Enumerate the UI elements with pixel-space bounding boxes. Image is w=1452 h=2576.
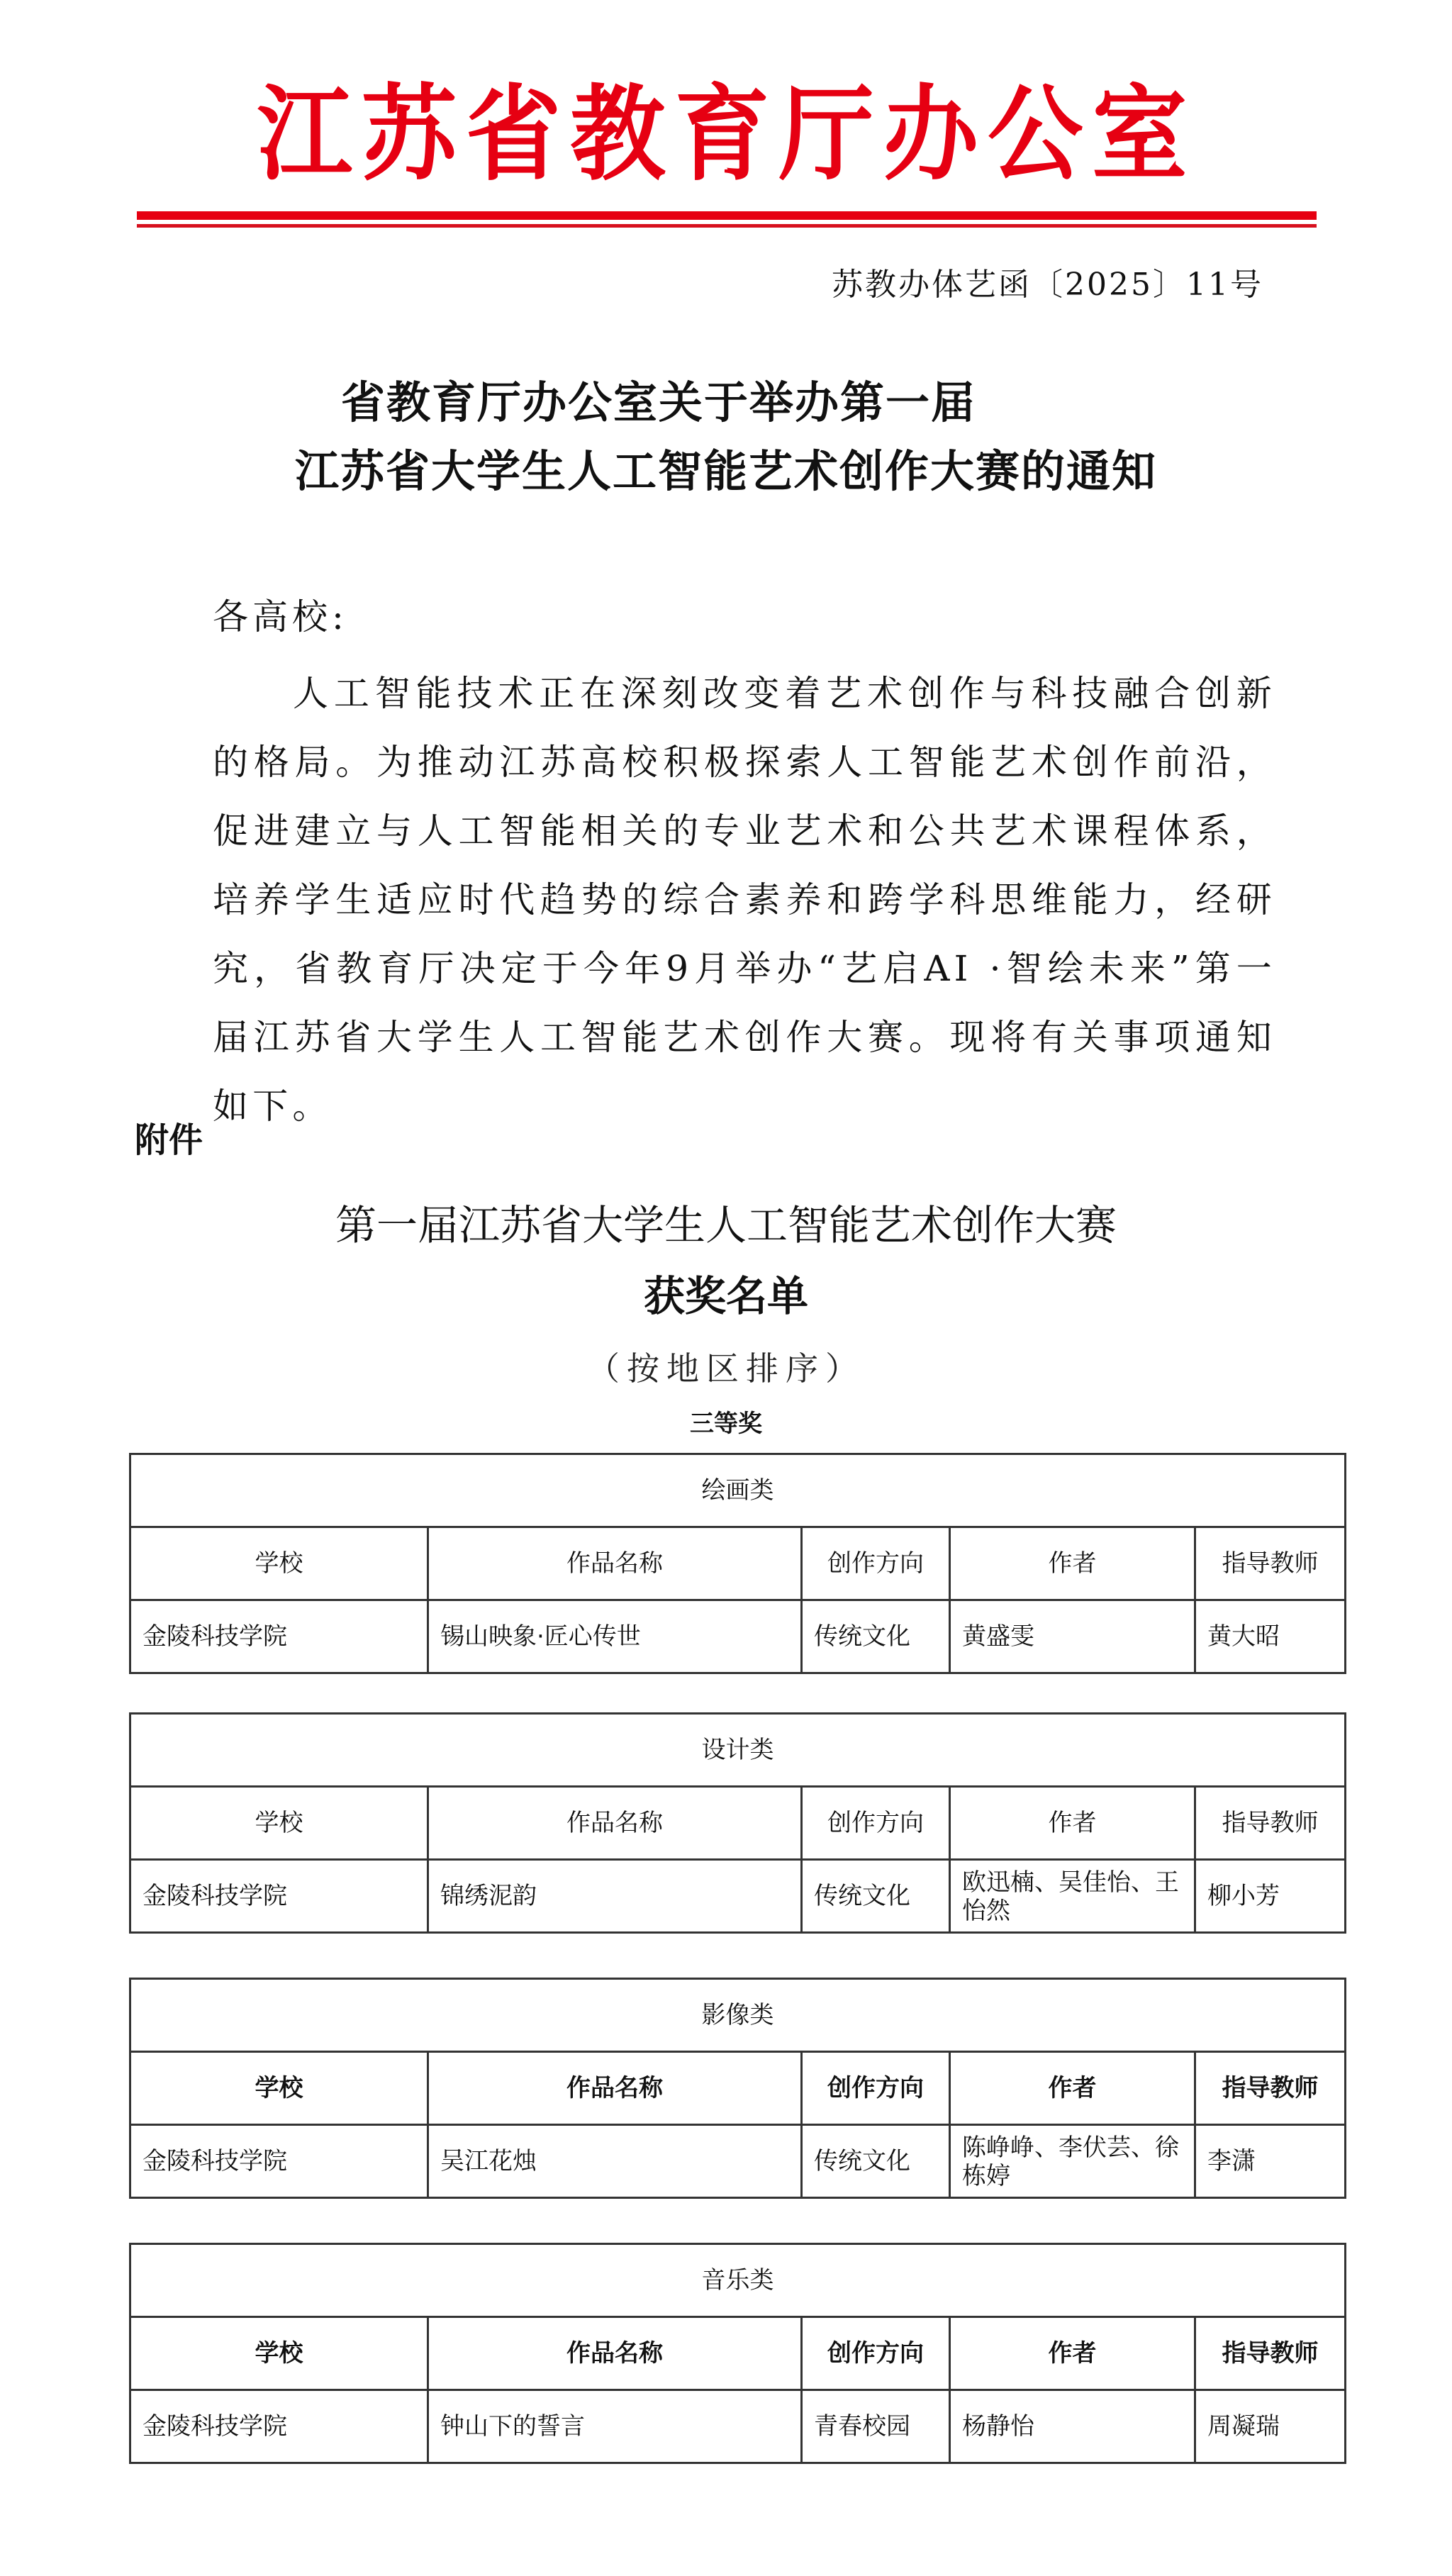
col-direction: 创作方向 — [802, 2052, 950, 2125]
award-table-music: 音乐类 学校 作品名称 创作方向 作者 指导教师 金陵科技学院 钟山下的誓言 青… — [129, 2243, 1346, 2464]
cell-school: 金陵科技学院 — [130, 2390, 428, 2463]
category-header: 设计类 — [130, 1714, 1346, 1787]
cell-work: 吴江花烛 — [428, 2125, 802, 2198]
col-authors: 作者 — [950, 1787, 1195, 1860]
col-direction: 创作方向 — [802, 1527, 950, 1600]
notice-title-line2: 江苏省大学生人工智能艺术创作大赛的通知 — [0, 443, 1452, 500]
cell-direction: 传统文化 — [802, 1860, 950, 1933]
sort-note: （按地区排序） — [0, 1347, 1452, 1390]
cell-school: 金陵科技学院 — [130, 1860, 428, 1933]
award-table-video: 影像类 学校 作品名称 创作方向 作者 指导教师 金陵科技学院 吴江花烛 传统文… — [129, 1978, 1346, 2199]
table-row: 金陵科技学院 吴江花烛 传统文化 陈峥峥、李伏芸、徐栋婷 李潇 — [130, 2125, 1346, 2198]
col-work: 作品名称 — [428, 1527, 802, 1600]
masthead-rule-thin — [137, 224, 1317, 228]
prize-level-heading: 三等奖 — [0, 1407, 1452, 1440]
cell-direction: 传统文化 — [802, 1600, 950, 1673]
cell-direction: 青春校园 — [802, 2390, 950, 2463]
cell-work: 锦绣泥韵 — [428, 1860, 802, 1933]
cell-school: 金陵科技学院 — [130, 1600, 428, 1673]
table-row: 金陵科技学院 锦绣泥韵 传统文化 欧迅楠、吴佳怡、王怡然 柳小芳 — [130, 1860, 1346, 1933]
cell-authors: 陈峥峥、李伏芸、徐栋婷 — [950, 2125, 1195, 2198]
cell-advisor: 黄大昭 — [1195, 1600, 1346, 1673]
category-header: 音乐类 — [130, 2244, 1346, 2317]
attachment-label: 附件 — [135, 1119, 203, 1161]
table-row: 金陵科技学院 钟山下的誓言 青春校园 杨静怡 周凝瑞 — [130, 2390, 1346, 2463]
col-work: 作品名称 — [428, 2052, 802, 2125]
cell-school: 金陵科技学院 — [130, 2125, 428, 2198]
cell-advisor: 柳小芳 — [1195, 1860, 1346, 1933]
masthead-rule-thick — [137, 211, 1317, 220]
column-header-row: 学校 作品名称 创作方向 作者 指导教师 — [130, 2052, 1346, 2125]
category-header: 影像类 — [130, 1979, 1346, 2052]
col-direction: 创作方向 — [802, 2317, 950, 2390]
cell-authors: 黄盛雯 — [950, 1600, 1195, 1673]
col-advisor: 指导教师 — [1195, 1527, 1346, 1600]
col-school: 学校 — [130, 2052, 428, 2125]
col-authors: 作者 — [950, 2052, 1195, 2125]
body-paragraph: 人工智能技术正在深刻改变着艺术创作与科技融合创新的格局。为推动江苏高校积极探索人… — [213, 659, 1276, 1141]
cell-direction: 传统文化 — [802, 2125, 950, 2198]
col-work: 作品名称 — [428, 1787, 802, 1860]
col-work: 作品名称 — [428, 2317, 802, 2390]
col-authors: 作者 — [950, 2317, 1195, 2390]
category-header: 绘画类 — [130, 1454, 1346, 1527]
cell-advisor: 周凝瑞 — [1195, 2390, 1346, 2463]
attachment-title: 第一届江苏省大学生人工智能艺术创作大赛 — [0, 1198, 1452, 1252]
issuer-masthead: 江苏省教育厅办公室 — [184, 78, 1270, 191]
salutation: 各高校: — [213, 592, 348, 642]
column-header-row: 学校 作品名称 创作方向 作者 指导教师 — [130, 1527, 1346, 1600]
table-row: 金陵科技学院 锡山映象·匠心传世 传统文化 黄盛雯 黄大昭 — [130, 1600, 1346, 1673]
col-advisor: 指导教师 — [1195, 2052, 1346, 2125]
cell-work: 钟山下的誓言 — [428, 2390, 802, 2463]
attachment-subtitle: 获奖名单 — [0, 1269, 1452, 1323]
column-header-row: 学校 作品名称 创作方向 作者 指导教师 — [130, 2317, 1346, 2390]
column-header-row: 学校 作品名称 创作方向 作者 指导教师 — [130, 1787, 1346, 1860]
cell-work: 锡山映象·匠心传世 — [428, 1600, 802, 1673]
col-school: 学校 — [130, 1787, 428, 1860]
col-advisor: 指导教师 — [1195, 1787, 1346, 1860]
cell-authors: 杨静怡 — [950, 2390, 1195, 2463]
document-number: 苏教办体艺函〔2025〕11号 — [832, 264, 1263, 306]
col-school: 学校 — [130, 2317, 428, 2390]
cell-advisor: 李潇 — [1195, 2125, 1346, 2198]
award-table-design: 设计类 学校 作品名称 创作方向 作者 指导教师 金陵科技学院 锦绣泥韵 传统文… — [129, 1712, 1346, 1934]
notice-title-line1: 省教育厅办公室关于举办第一届 — [0, 374, 1452, 431]
col-advisor: 指导教师 — [1195, 2317, 1346, 2390]
col-direction: 创作方向 — [802, 1787, 950, 1860]
award-table-painting: 绘画类 学校 作品名称 创作方向 作者 指导教师 金陵科技学院 锡山映象·匠心传… — [129, 1453, 1346, 1674]
col-authors: 作者 — [950, 1527, 1195, 1600]
col-school: 学校 — [130, 1527, 428, 1600]
cell-authors: 欧迅楠、吴佳怡、王怡然 — [950, 1860, 1195, 1933]
